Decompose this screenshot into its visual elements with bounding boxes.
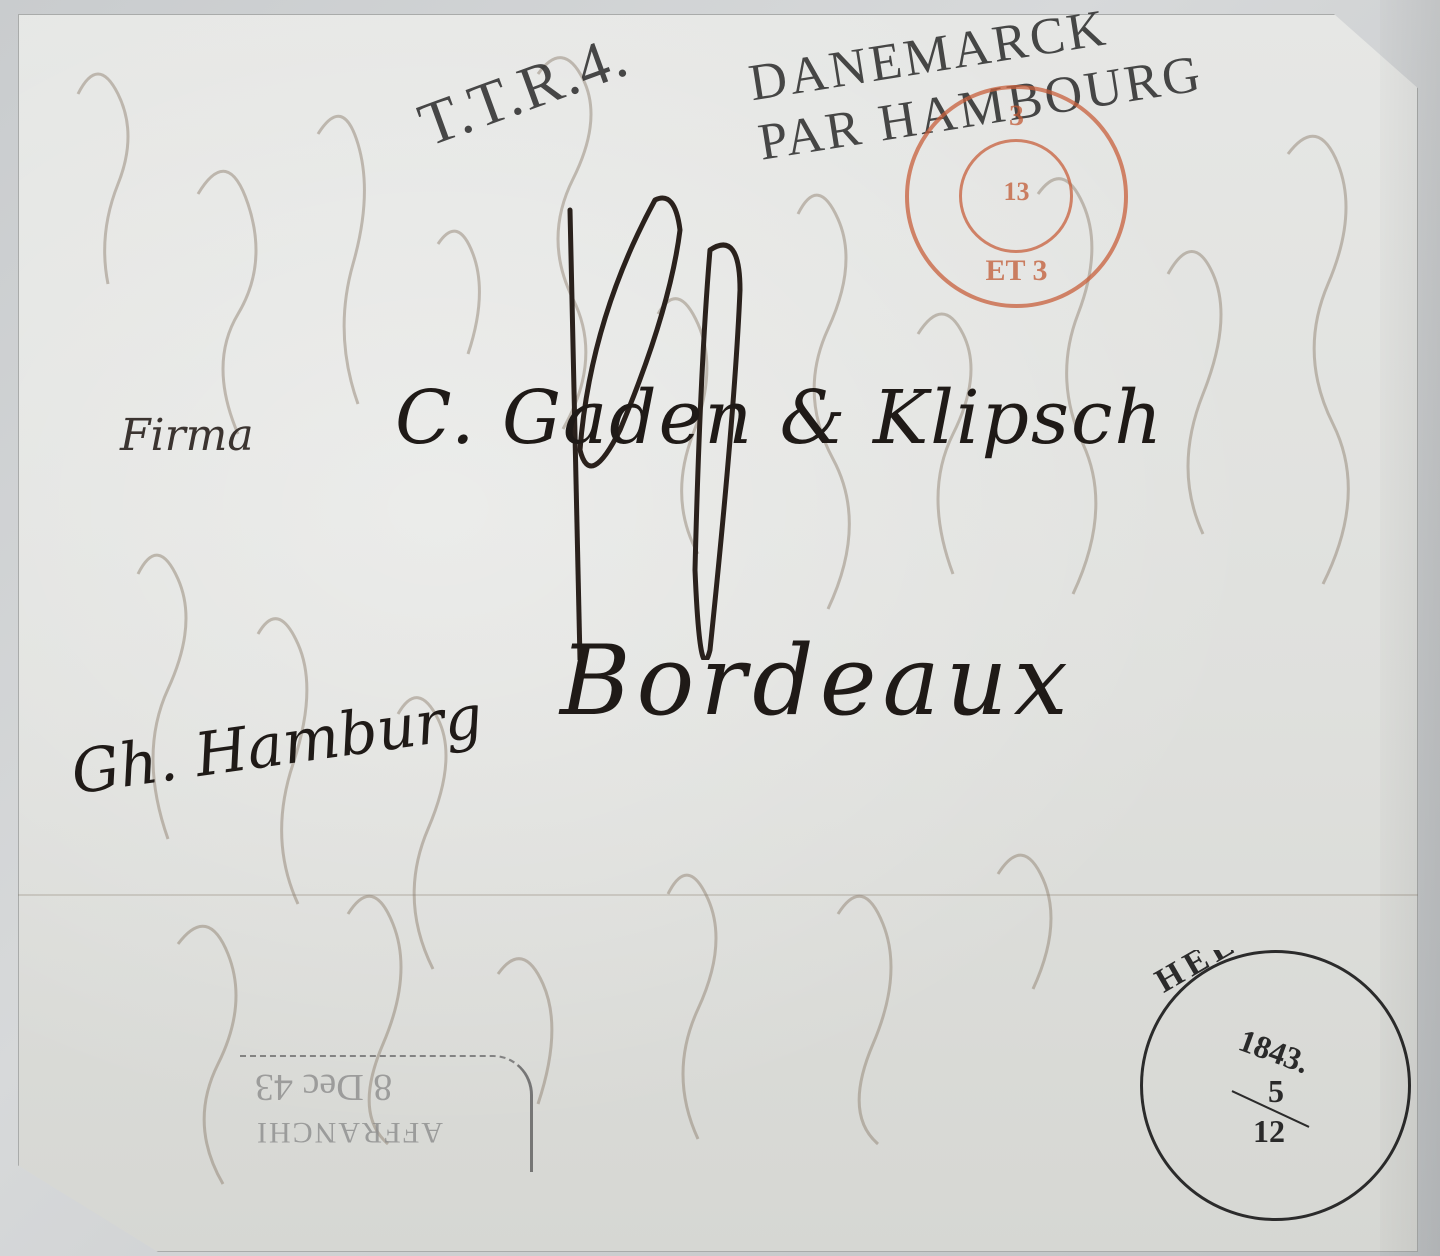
red-datestamp-date: 13 — [909, 177, 1124, 207]
red-datestamp-bottom: ET 3 — [909, 254, 1124, 288]
red-circular-datestamp: 3 13 ET 3 — [905, 85, 1128, 308]
addressee-name: C. Gaden & Klipsch — [395, 375, 1164, 461]
offset-line-2: AFFRANCHI — [255, 1115, 443, 1149]
red-datestamp-top: 3 — [909, 99, 1124, 133]
helsingor-month: 12 — [1253, 1113, 1285, 1150]
scan-edge-shadow — [1380, 0, 1440, 1256]
mirrored-offset-handstamp: 8 Dec 43 AFFRANCHI — [240, 1055, 533, 1172]
fold-line — [18, 894, 1418, 896]
firm-salutation: Firma — [120, 410, 254, 461]
destination-city: Bordeaux — [560, 625, 1074, 737]
helsingor-circular-datestamp: HELSINGÖER. 1843. 5 12 — [1140, 950, 1411, 1221]
offset-line-1: 8 Dec 43 — [255, 1065, 392, 1109]
helsingor-day: 5 — [1268, 1073, 1284, 1110]
